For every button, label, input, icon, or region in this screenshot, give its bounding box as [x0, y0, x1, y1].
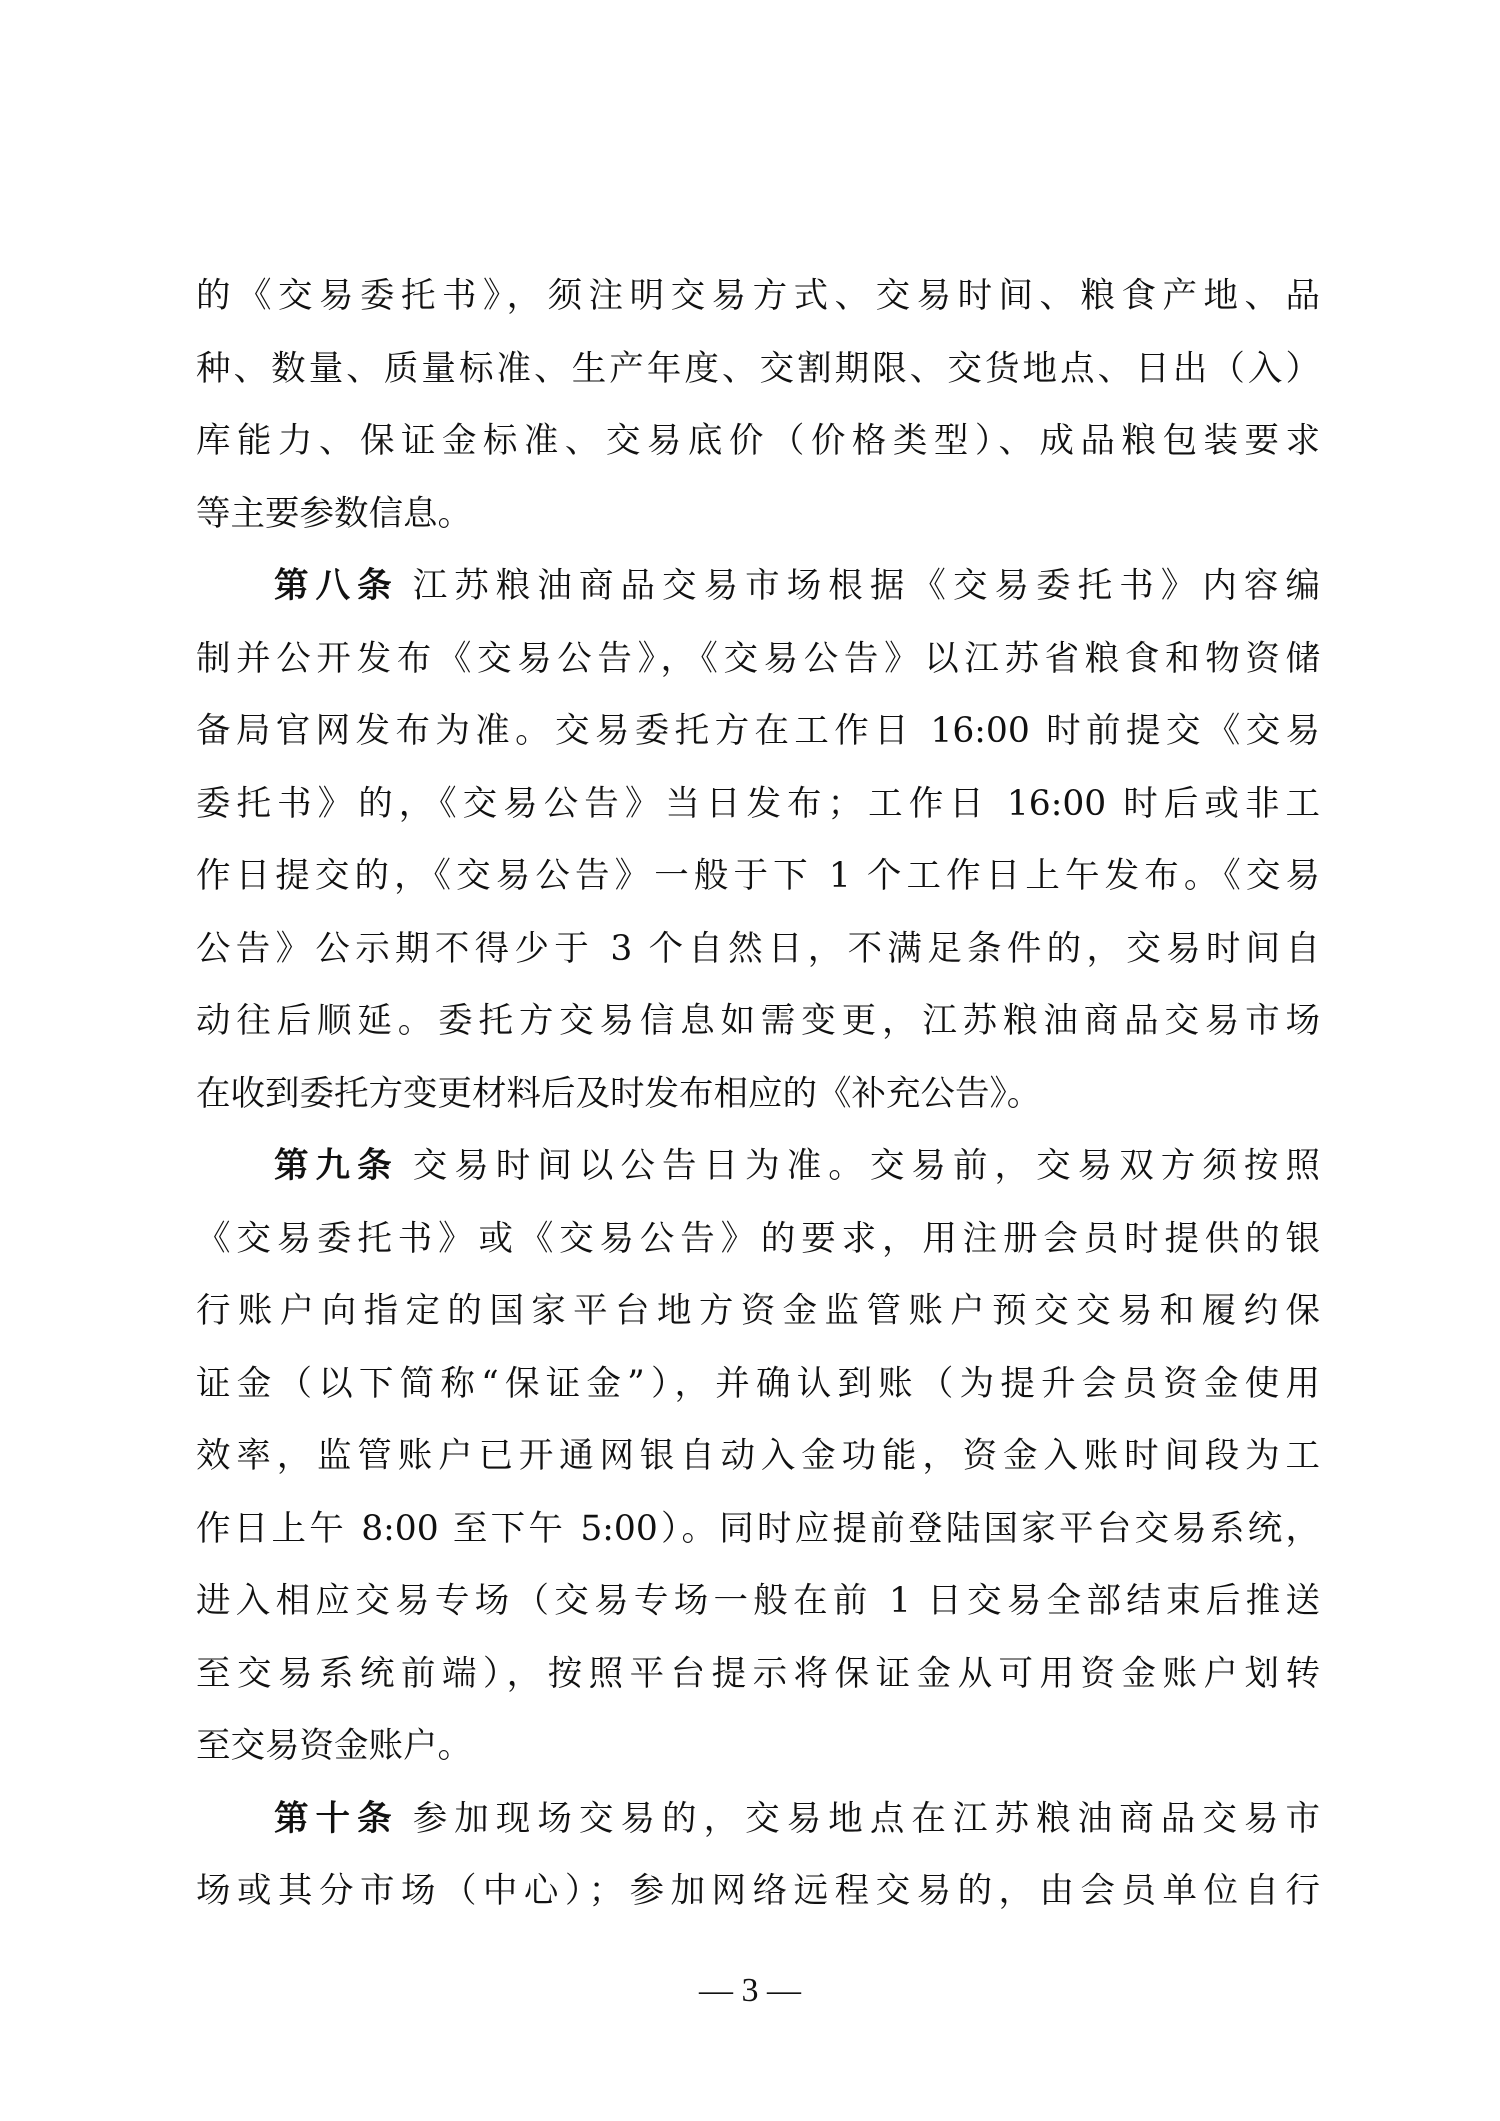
text-line: 的《交易委托书》，须注明交易方式、交易时间、粮食产地、品	[196, 268, 1320, 341]
text-span: 交易时间以公告日为准。交易前，交易双方须按照	[413, 1146, 1320, 1186]
article-8-first-line: 第八条江苏粮油商品交易市场根据《交易委托书》内容编	[196, 558, 1320, 631]
text-line: 证金（以下简称“保证金”），并确认到账（为提升会员资金使用	[196, 1356, 1320, 1429]
text-line: 作日提交的，《交易公告》一般于下 1 个工作日上午发布。《交易	[196, 848, 1320, 921]
text-line: 效率，监管账户已开通网银自动入金功能，资金入账时间段为工	[196, 1428, 1320, 1501]
text-line: 等主要参数信息。	[196, 486, 1320, 559]
text-line: 至交易系统前端），按照平台提示将保证金从可用资金账户划转	[196, 1646, 1320, 1719]
text-line: 场或其分市场（中心）；参加网络远程交易的，由会员单位自行	[196, 1863, 1320, 1936]
document-page: 的《交易委托书》，须注明交易方式、交易时间、粮食产地、品 种、数量、质量标准、生…	[0, 0, 1500, 2121]
text-line: 行账户向指定的国家平台地方资金监管账户预交交易和履约保	[196, 1283, 1320, 1356]
article-heading: 第十条	[274, 1799, 399, 1839]
text-line: 备局官网发布为准。交易委托方在工作日 16:00 时前提交《交易	[196, 703, 1320, 776]
text-line: 种、数量、质量标准、生产年度、交割期限、交货地点、日出（入）	[196, 341, 1320, 414]
article-10-first-line: 第十条参加现场交易的，交易地点在江苏粮油商品交易市	[196, 1791, 1320, 1864]
article-heading: 第九条	[274, 1146, 399, 1186]
text-line: 至交易资金账户。	[196, 1718, 1320, 1791]
page-number: — 3 —	[0, 1972, 1500, 2010]
text-line: 公告》公示期不得少于 3 个自然日，不满足条件的，交易时间自	[196, 921, 1320, 994]
text-line: 《交易委托书》或《交易公告》的要求，用注册会员时提供的银	[196, 1211, 1320, 1284]
text-line: 在收到委托方变更材料后及时发布相应的《补充公告》。	[196, 1066, 1320, 1139]
text-line: 制并公开发布《交易公告》，《交易公告》以江苏省粮食和物资储	[196, 631, 1320, 704]
article-9-first-line: 第九条交易时间以公告日为准。交易前，交易双方须按照	[196, 1138, 1320, 1211]
text-line: 委托书》的，《交易公告》当日发布；工作日 16:00 时后或非工	[196, 776, 1320, 849]
text-line: 库能力、保证金标准、交易底价（价格类型）、成品粮包装要求	[196, 413, 1320, 486]
text-line: 进入相应交易专场（交易专场一般在前 1 日交易全部结束后推送	[196, 1573, 1320, 1646]
text-line: 动往后顺延。委托方交易信息如需变更，江苏粮油商品交易市场	[196, 993, 1320, 1066]
text-span: 江苏粮油商品交易市场根据《交易委托书》内容编	[413, 566, 1320, 606]
document-body: 的《交易委托书》，须注明交易方式、交易时间、粮食产地、品 种、数量、质量标准、生…	[196, 268, 1320, 1936]
text-line: 作日上午 8:00 至下午 5:00）。同时应提前登陆国家平台交易系统，	[196, 1501, 1320, 1574]
text-span: 参加现场交易的，交易地点在江苏粮油商品交易市	[413, 1799, 1320, 1839]
article-heading: 第八条	[274, 566, 399, 606]
